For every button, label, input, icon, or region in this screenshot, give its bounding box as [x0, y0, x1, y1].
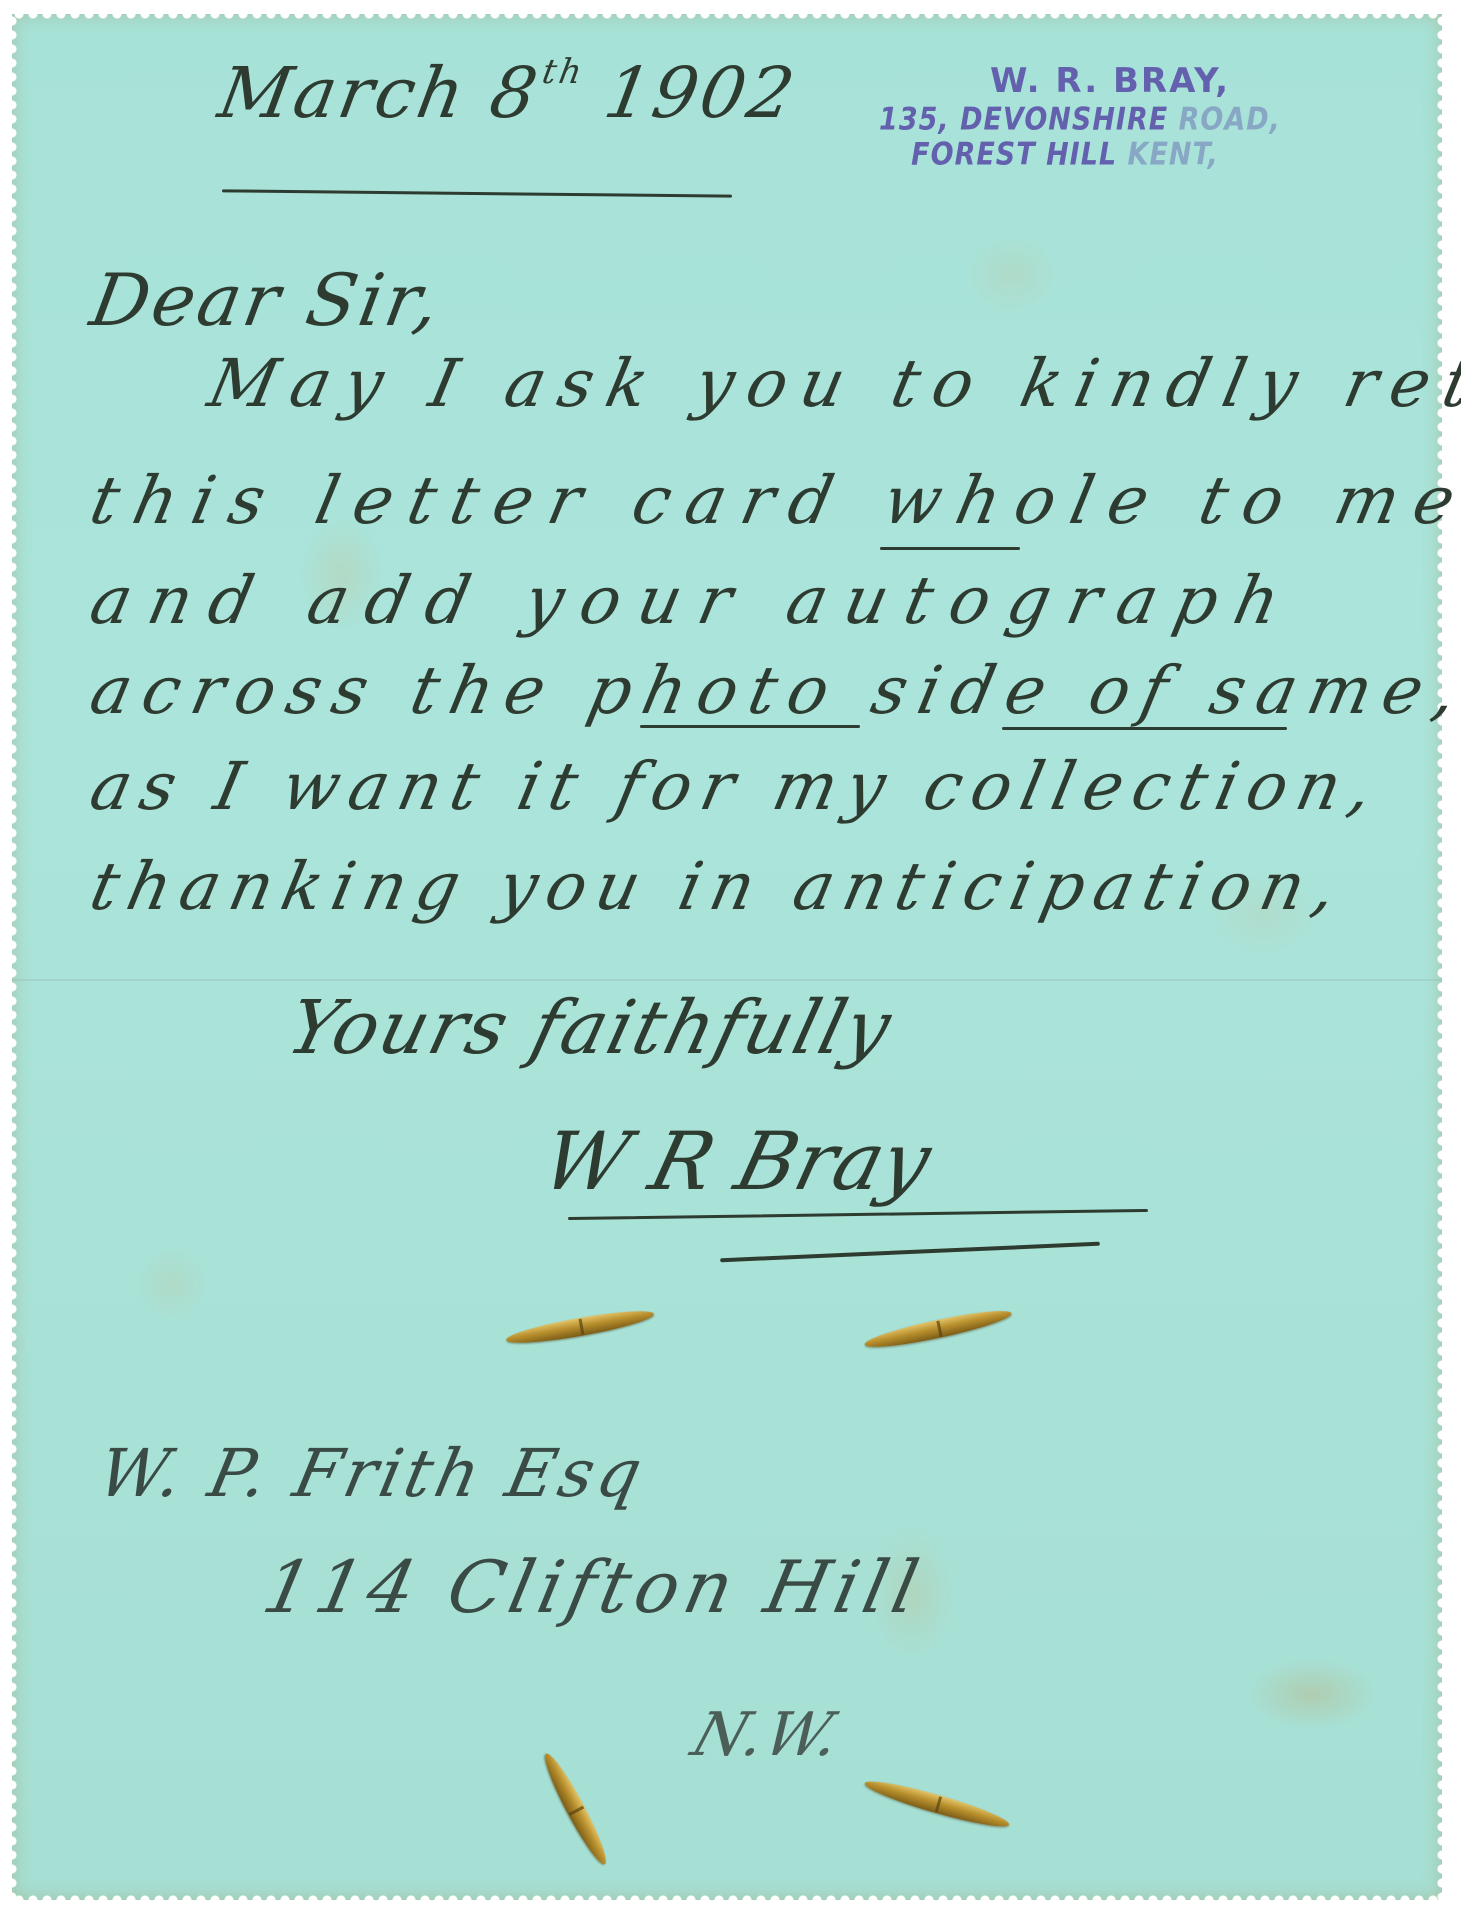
sender-address-stamp: W. R. BRAY, 135, DEVONSHIRE ROAD, FOREST…	[870, 64, 1290, 168]
stamp-city-faded: KENT,	[1117, 137, 1219, 173]
perforated-edge-bottom	[12, 1895, 1442, 1905]
date-month-day: March 8	[213, 52, 546, 134]
date-suffix: th	[539, 52, 588, 92]
underline-whole	[880, 547, 1020, 550]
body-line-2: this letter card whole to me	[84, 462, 1461, 539]
body-line-6: thanking you in anticipation,	[84, 848, 1353, 925]
perforated-edge-right	[1437, 14, 1447, 1900]
underline-photo-side	[640, 725, 860, 728]
stamp-street-main: 135, DEVONSHIRE	[879, 102, 1168, 138]
body-line-3: and add your autograph	[84, 562, 1304, 639]
body-line-1: May I ask you to kindly return	[202, 345, 1461, 422]
body-line-5: as I want it for my collection,	[84, 748, 1389, 825]
perforated-edge-left	[7, 14, 17, 1900]
addressee-street: 114 Clifton Hill	[256, 1545, 931, 1629]
stamp-sender-name: W. R. BRAY,	[930, 64, 1290, 98]
stamp-city-main: FOREST HILL	[911, 137, 1117, 173]
body-line-4: across the photo side of same,	[84, 652, 1461, 729]
stamp-street: 135, DEVONSHIRE ROAD,	[870, 104, 1290, 135]
fold-line	[12, 979, 1442, 981]
perforated-edge-top	[12, 9, 1442, 19]
stamp-street-faded: ROAD,	[1168, 102, 1281, 138]
underline-of-same	[1002, 727, 1287, 730]
salutation: Dear Sir,	[85, 258, 449, 342]
letter-date: March 8th 1902	[213, 52, 803, 134]
addressee-district: N.W.	[684, 1700, 853, 1770]
addressee-name: W. P. Frith Esq	[92, 1435, 652, 1512]
closing: Yours faithfully	[279, 985, 901, 1071]
date-year: 1902	[573, 52, 803, 134]
signature: W R Bray	[533, 1115, 939, 1208]
stamp-city: FOREST HILL KENT,	[870, 139, 1260, 170]
